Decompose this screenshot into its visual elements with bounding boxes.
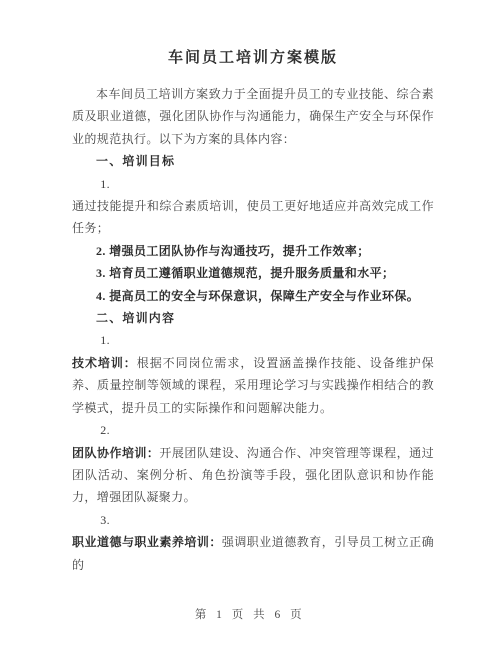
goal-item: 3. 培育员工遵循职业道德规范，提升服务质量和水平；: [96, 262, 434, 284]
document-page: 车间员工培训方案模版 本车间员工培训方案致力于全面提升员工的专业技能、综合素质及…: [0, 0, 500, 647]
content-item-label: 技术培训：: [72, 356, 137, 370]
content-item-label: 团队协作培训：: [72, 446, 159, 460]
document-title: 车间员工培训方案模版: [72, 46, 434, 70]
goal-item-number: 1.: [100, 173, 434, 195]
page-footer: 第 1 页 共 6 页: [0, 606, 500, 622]
content-item-number: 2.: [100, 419, 434, 441]
content-item-paragraph: 技术培训：根据不同岗位需求，设置涵盖操作技能、设备维护保养、质量控制等领域的课程…: [72, 352, 434, 419]
content-item-paragraph: 团队协作培训：开展团队建设、沟通合作、冲突管理等课程，通过团队活动、案例分析、角…: [72, 442, 434, 509]
goal-item-text: 通过技能提升和综合素质培训，使员工更好地适应并高效完成工作任务；: [72, 195, 434, 240]
document-body: 车间员工培训方案模版 本车间员工培训方案致力于全面提升员工的专业技能、综合素质及…: [0, 0, 500, 576]
content-item-number: 3.: [100, 509, 434, 531]
intro-paragraph: 本车间员工培训方案致力于全面提升员工的专业技能、综合素质及职业道德，强化团队协作…: [72, 83, 434, 150]
section-heading-training-content: 二、培训内容: [96, 307, 434, 329]
goal-item: 4. 提高员工的安全与环保意识，保障生产安全与作业环保。: [96, 285, 434, 307]
content-item-label: 职业道德与职业素养培训：: [72, 535, 222, 549]
content-item-number: 1.: [100, 329, 434, 351]
content-item-paragraph: 职业道德与职业素养培训：强调职业道德教育，引导员工树立正确的: [72, 531, 434, 576]
section-heading-goals: 一、培训目标: [96, 150, 434, 172]
goal-item: 2. 增强员工团队协作与沟通技巧，提升工作效率；: [96, 240, 434, 262]
